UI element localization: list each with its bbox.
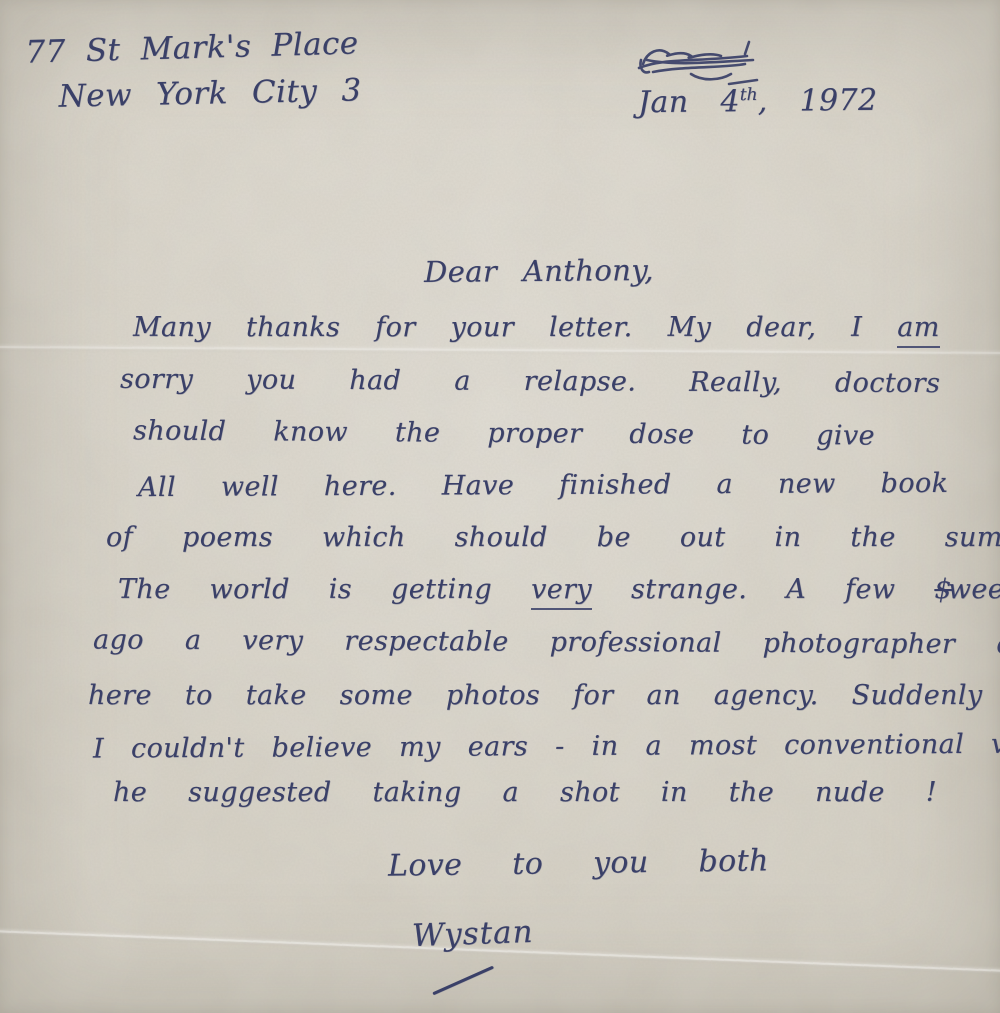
body-text: Many thanks for your letter. My dear, I xyxy=(133,312,897,343)
body-line: Many thanks for your letter. My dear, I … xyxy=(133,312,940,358)
date-year: , 1972 xyxy=(757,83,877,119)
body-line: of poems which should be out in the summ… xyxy=(106,522,1000,568)
body-text: The world is getting xyxy=(118,574,531,605)
body-line: should know the proper dose to give xyxy=(133,415,875,466)
body-line: sorry you had a relapse. Really, doctors xyxy=(120,364,940,414)
date-month-day: Jan 4 xyxy=(638,84,740,120)
body-text: he suggested taking a shot in the nude ! xyxy=(113,777,937,808)
body-text: here to take some photos for an agency. … xyxy=(88,680,1000,711)
body-line: I couldn't believe my ears - in a most c… xyxy=(93,728,1000,779)
signature: Wystan xyxy=(411,914,534,954)
sender-address-line2: New York City 3 xyxy=(58,72,362,114)
salutation: Dear Anthony, xyxy=(424,253,654,289)
body-text: weeks xyxy=(948,574,1000,605)
body-text: should know the proper dose to give xyxy=(133,415,875,451)
body-text: ago a very respectable professional phot… xyxy=(93,624,1000,660)
letter-page: 77 St Mark's Place New York City 3 Jan 4… xyxy=(0,0,1000,1013)
letter-date: Jan 4th, 1972 xyxy=(638,83,878,121)
body-text: sorry you had a relapse. Really, doctors xyxy=(120,364,940,399)
body-text: All well here. Have finished a new book xyxy=(138,468,949,503)
closing: Love to you both xyxy=(388,843,769,883)
signature-underline xyxy=(432,966,493,995)
body-line: The world is getting very strange. A few… xyxy=(118,574,1000,620)
body-line: All well here. Have finished a new book xyxy=(138,468,949,518)
sender-address: 77 St Mark's Place New York City 3 xyxy=(25,25,362,116)
date-ordinal: th xyxy=(740,85,758,105)
sender-address-line1: 77 St Mark's Place xyxy=(25,25,361,70)
body-line: ago a very respectable professional phot… xyxy=(93,624,1000,675)
body-line: here to take some photos for an agency. … xyxy=(88,680,1000,726)
body-text: strange. A few xyxy=(592,574,934,605)
underlined-text: very xyxy=(531,574,592,610)
body-line: he suggested taking a shot in the nude ! xyxy=(113,777,937,823)
underlined-text: am xyxy=(897,312,940,348)
body-text: I couldn't believe my ears - in a most c… xyxy=(93,728,1000,764)
body-text: of poems which should be out in the summ… xyxy=(106,522,1000,553)
